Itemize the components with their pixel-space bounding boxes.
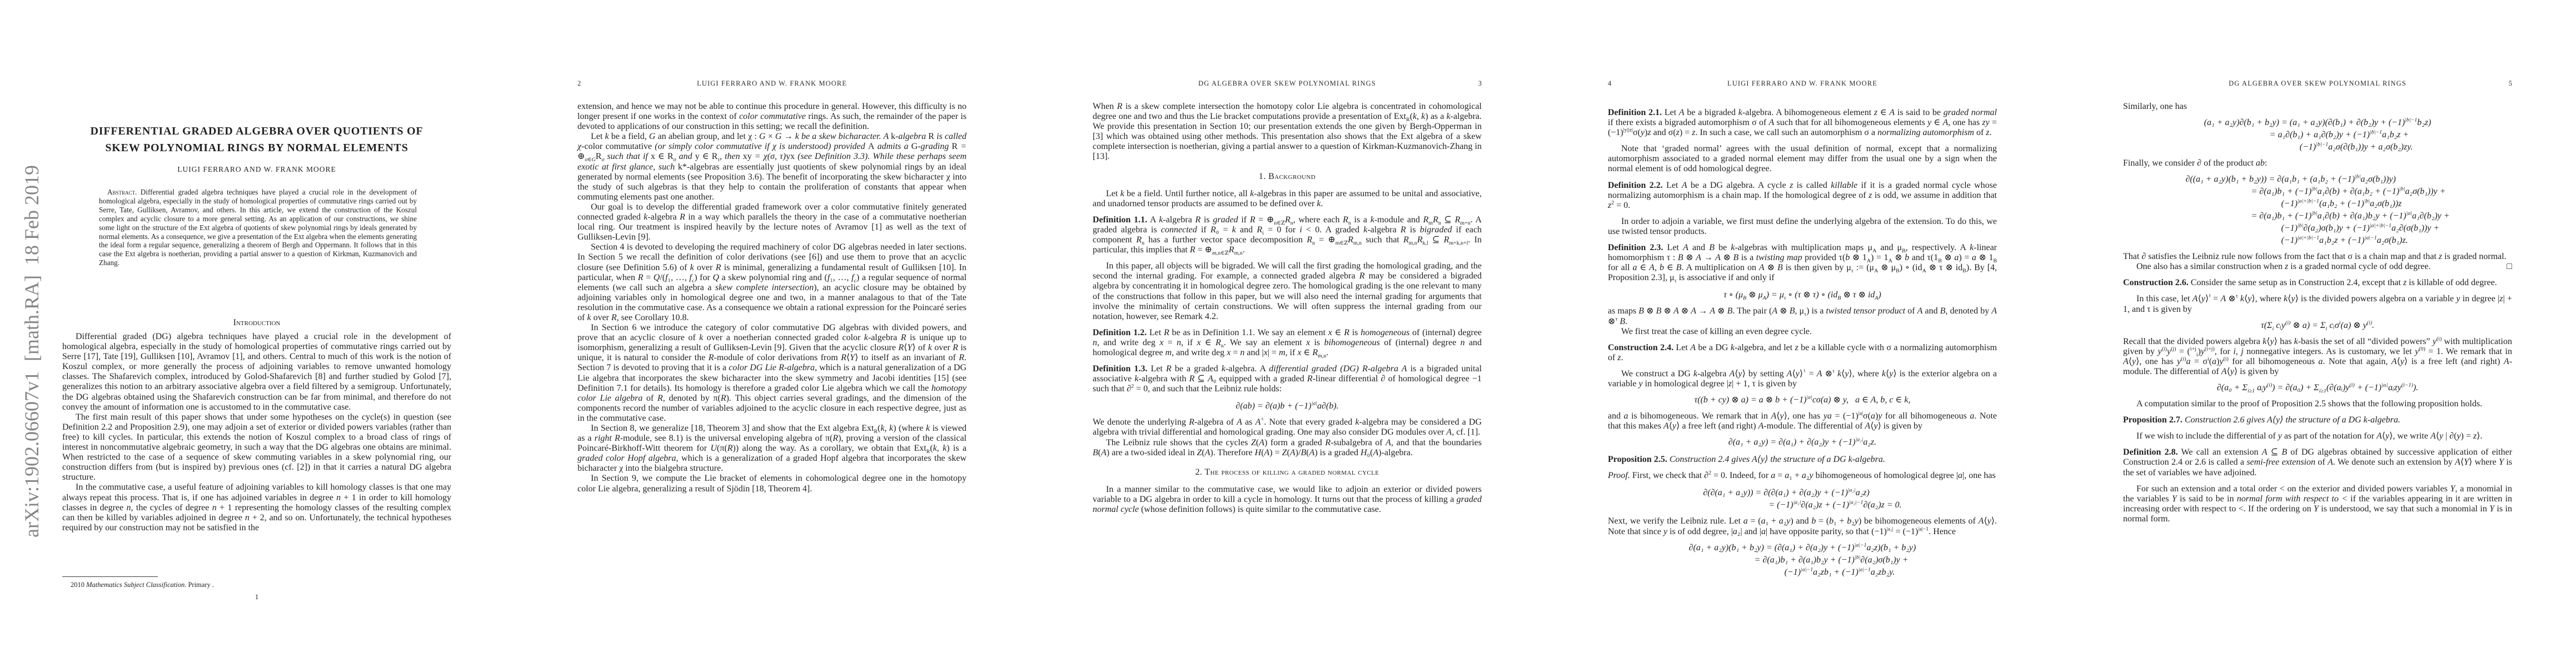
paragraph: as maps B ⊗ B ⊗ A ⊗ A → A ⊗ B. The pair … xyxy=(1608,306,1997,326)
running-header-title: LUIGI FERRARO AND W. FRANK MOORE xyxy=(603,79,941,88)
paragraph: When R is a skew complete intersection t… xyxy=(1093,102,1482,162)
paper-title: DIFFERENTIAL GRADED ALGEBRA OVER QUOTIEN… xyxy=(62,123,451,156)
equation-line: = ∂(a₁)b₁ + (−1)|b|a₁∂(b) + ∂(a₁)b₂y + (… xyxy=(2185,210,2449,222)
paragraph: Next, we verify the Leibniz rule. Let a … xyxy=(1608,516,1997,536)
paragraph: The first main result of this paper show… xyxy=(62,412,451,483)
definition-2-1: Definition 2.1. Let A be a bigraded k-al… xyxy=(1608,108,1997,138)
running-header-title: DG ALGEBRA OVER SKEW POLYNOMIAL RINGS xyxy=(2149,79,2487,88)
definition-1-3: Definition 1.3. Let R be a graded k-alge… xyxy=(1093,364,1482,394)
paragraph: If we wish to include the differential o… xyxy=(2123,431,2512,441)
footnote-rule xyxy=(62,576,158,577)
running-header-title: DG ALGEBRA OVER SKEW POLYNOMIAL RINGS xyxy=(1118,79,1456,88)
display-equation: ∂(∂(a₁ + a₂y)) = ∂(∂(a₁) + ∂(a₂)y + (−1)… xyxy=(1608,487,1997,511)
paragraph: In order to adjoin a variable, we first … xyxy=(1608,217,1997,237)
page-2-body: extension, and hence we may not be able … xyxy=(577,102,966,494)
paper-title-line-2: SKEW POLYNOMIAL RINGS BY NORMAL ELEMENTS xyxy=(62,140,451,156)
paragraph: The Leibniz rule shows that the cycles Z… xyxy=(1093,438,1482,458)
display-equation: τ ∘ (μB ⊗ μA) = μτ ∘ (τ ⊗ τ) ∘ (idB ⊗ τ … xyxy=(1608,289,1997,301)
paragraph: Similarly, one has xyxy=(2123,102,2512,112)
abstract-text: Differential graded algebra techniques h… xyxy=(99,188,417,267)
paragraph: That ∂ satisfies the Leibniz rule now fo… xyxy=(2123,252,2512,262)
running-header: 2 LUIGI FERRARO AND W. FRANK MOORE xyxy=(577,79,966,88)
paragraph: Section 4 is devoted to developing the r… xyxy=(577,242,966,323)
page-4: 4 LUIGI FERRARO AND W. FRANK MOORE Defin… xyxy=(1546,0,2061,667)
paragraph: A computation similar to the proof of Pr… xyxy=(2123,399,2512,409)
paragraph: Note that ‘graded normal’ agrees with th… xyxy=(1608,144,1997,174)
abstract: Abstract. Differential graded algebra te… xyxy=(99,188,417,267)
paragraph: Recall that the divided powers algebra k… xyxy=(2123,337,2512,377)
proposition-2-7: Proposition 2.7. Construction 2.6 gives … xyxy=(2123,415,2512,425)
paragraph: In this case, let A⟨y⟩♮ = A ⊗τ k⟨y⟩, whe… xyxy=(2123,294,2512,314)
display-equation: ∂(a₀ + Σi≥1 aᵢy(i)) = ∂(a₀) + Σi≥1(∂(aᵢ)… xyxy=(2123,382,2512,394)
paragraph: We construct a DG k-algebra A⟨y⟩ by sett… xyxy=(1608,369,1997,389)
page-5-body: Similarly, one has(a₁ + a₂y)∂(b₁ + b₂y) … xyxy=(2123,102,2512,524)
equation-line: = (−1)|a₂|∂(a₂)z + (−1)|a₂|−1∂(a₂)z = 0. xyxy=(1703,499,1901,511)
screenshot-canvas: { "meta": { "background_color": "#ffffff… xyxy=(0,0,2576,667)
equation-line: (−1)|a|+|b|−1a₁b₂z + (−1)|a|−1a₂σ(b₁)z. xyxy=(2185,235,2449,247)
running-header: DG ALGEBRA OVER SKEW POLYNOMIAL RINGS 3 xyxy=(1093,79,1482,88)
definition-2-2: Definition 2.2. Let A be a DG algebra. A… xyxy=(1608,181,1997,211)
equation-line: = ∂(a₁)b₁ + ∂(a₁)b₂y + (−1)|b|∂(a₂)σ(b₁)… xyxy=(1689,554,1916,566)
page-1: arXiv:1902.06607v1 [math.RA] 18 Feb 2019… xyxy=(0,0,515,667)
definition-1-1: Definition 1.1. A k-algebra R is graded … xyxy=(1093,215,1482,255)
equation-line: (−1)|a|+|b|−1(a₁b₂ + (−1)|b|a₂σ(b₁))z xyxy=(2185,198,2449,210)
display-equation: ∂(ab) = ∂(a)b + (−1)|a|a∂(b). xyxy=(1093,400,1482,412)
paragraph: We denote the underlying R-algebra of A … xyxy=(1093,417,1482,437)
authors: LUIGI FERRARO AND W. FRANK MOORE xyxy=(62,165,451,174)
page-2: 2 LUIGI FERRARO AND W. FRANK MOORE exten… xyxy=(515,0,1030,667)
construction-2-4: Construction 2.4. Let A be a DG k-algebr… xyxy=(1608,343,1997,363)
paragraph: In Section 8, we generalize [18, Theorem… xyxy=(577,424,966,474)
running-header: DG ALGEBRA OVER SKEW POLYNOMIAL RINGS 5 xyxy=(2123,79,2512,88)
page-number: 1 xyxy=(62,593,451,601)
display-equation: ∂((a₁ + a₂y)(b₁ + b₂y)) = ∂(a₁b₁ + (a₁b₂… xyxy=(2123,173,2512,247)
paragraph: Let k be a field. Until further notice, … xyxy=(1093,189,1482,209)
page-4-body: Definition 2.1. Let A be a bigraded k-al… xyxy=(1608,102,1997,584)
page-1-body: Differential graded (DG) algebra techniq… xyxy=(62,332,451,533)
display-equation: (a₁ + a₂y)∂(b₁ + b₂y) = (a₁ + a₂y)(∂(b₁)… xyxy=(2123,117,2512,153)
equation-line: = a₁∂(b₁) + a₁∂(b₂)y + (−1)|b|−1a₁b₂z + xyxy=(2204,129,2431,141)
section-heading: 2. The process of killing a graded norma… xyxy=(1093,467,1482,477)
paragraph: One also has a similar construction when… xyxy=(2123,262,2512,272)
equation-line: = ∂(a₁)b₁ + (−1)|b|a₁∂(b) + ∂(a₁b₂ + (−1… xyxy=(2185,186,2449,198)
definition-2-3: Definition 2.3. Let A and B be k-algebra… xyxy=(1608,243,1997,283)
display-equation: ∂(a₁ + a₂y)(b₁ + b₂y) = (∂(a₁) + ∂(a₂)y … xyxy=(1608,542,1997,579)
paper-title-line-1: DIFFERENTIAL GRADED ALGEBRA OVER QUOTIEN… xyxy=(62,123,451,140)
display-equation: τ(Σi cᵢy(i) ⊗ a) = Σi cᵢσi(a) ⊗ y(i). xyxy=(2123,320,2512,332)
proposition-2-5: Proposition 2.5. Construction 2.4 gives … xyxy=(1608,455,1997,465)
abstract-label: Abstract. xyxy=(107,188,137,196)
definition-2-8: Definition 2.8. We call an extension A ⊆… xyxy=(2123,447,2512,477)
section-heading-introduction: Introduction xyxy=(62,318,451,328)
page-3-body: When R is a skew complete intersection t… xyxy=(1093,102,1482,515)
equation-line: (−1)|a|−1a₂zb₁ + (−1)|a|−1a₂zb₂y. xyxy=(1689,566,1916,579)
page-3: DG ALGEBRA OVER SKEW POLYNOMIAL RINGS 3 … xyxy=(1030,0,1546,667)
running-header: 4 LUIGI FERRARO AND W. FRANK MOORE xyxy=(1608,79,1997,88)
paragraph: extension, and hence we may not be able … xyxy=(577,102,966,132)
paragraph: Our goal is to develop the differential … xyxy=(577,202,966,242)
equation-line: (a₁ + a₂y)∂(b₁ + b₂y) = (a₁ + a₂y)(∂(b₁)… xyxy=(2204,117,2431,129)
equation-line: ∂(∂(a₁ + a₂y)) = ∂(∂(a₁) + ∂(a₂)y + (−1)… xyxy=(1703,487,1901,499)
paragraph: In Section 9, we compute the Lie bracket… xyxy=(577,474,966,494)
paragraph: Let k be a field, G an abelian group, an… xyxy=(577,132,966,202)
paragraph: For such an extension and a total order … xyxy=(2123,484,2512,524)
display-equation: ∂(a₁ + a₂y) = ∂(a₁) + ∂(a₂)y + (−1)|a₂|a… xyxy=(1608,436,1997,449)
paper-strip: arXiv:1902.06607v1 [math.RA] 18 Feb 2019… xyxy=(0,0,2576,667)
equation-line: ∂((a₁ + a₂y)(b₁ + b₂y)) = ∂(a₁b₁ + (a₁b₂… xyxy=(2185,173,2449,186)
equation-line: ∂(a₁ + a₂y)(b₁ + b₂y) = (∂(a₁) + ∂(a₂)y … xyxy=(1689,542,1916,554)
arxiv-watermark: arXiv:1902.06607v1 [math.RA] 18 Feb 2019 xyxy=(20,165,43,537)
paragraph: In this paper, all objects will be bigra… xyxy=(1093,261,1482,322)
paragraph: In Section 6 we introduce the category o… xyxy=(577,323,966,424)
running-header-page-number: 5 xyxy=(2487,79,2512,88)
paragraph: In the commutative case, a useful featur… xyxy=(62,482,451,532)
running-header-page-number: 2 xyxy=(577,79,603,88)
construction-2-6: Construction 2.6. Consider the same setu… xyxy=(2123,278,2512,288)
paragraph: Finally, we consider ∂ of the product ab… xyxy=(2123,158,2512,168)
equation-line: (−1)|b|−1a₂σ(∂(b₁))y + a₂σ(b₂)zy. xyxy=(2204,141,2431,153)
display-equation: τ((b + cy) ⊗ a) = a ⊗ b + (−1)|a|cσ(a) ⊗… xyxy=(1608,394,1997,406)
running-header-page-number: 3 xyxy=(1456,79,1482,88)
running-header-page-number: 4 xyxy=(1608,79,1633,88)
paragraph: Differential graded (DG) algebra techniq… xyxy=(62,332,451,412)
section-heading: 1. Background xyxy=(1093,172,1482,182)
paragraph: In a manner similar to the commutative c… xyxy=(1093,485,1482,515)
proof: Proof. First, we check that ∂2 = 0. Inde… xyxy=(1608,471,1997,481)
page-5: DG ALGEBRA OVER SKEW POLYNOMIAL RINGS 5 … xyxy=(2061,0,2576,667)
paragraph: and a is bihomogeneous. We remark that i… xyxy=(1608,411,1997,431)
equation-line: (−1)|b|∂(a₂)σ(b₁)y + (−1)|a|+|b|−1a₂∂(σ(… xyxy=(2185,222,2449,235)
footnote: 2010 Mathematics Subject Classification.… xyxy=(62,581,451,589)
paragraph: We first treat the case of killing an ev… xyxy=(1608,327,1997,337)
definition-1-2: Definition 1.2. Let R be as in Definitio… xyxy=(1093,328,1482,358)
running-header-title: LUIGI FERRARO AND W. FRANK MOORE xyxy=(1633,79,1971,88)
qed-box: □ xyxy=(2507,262,2512,272)
